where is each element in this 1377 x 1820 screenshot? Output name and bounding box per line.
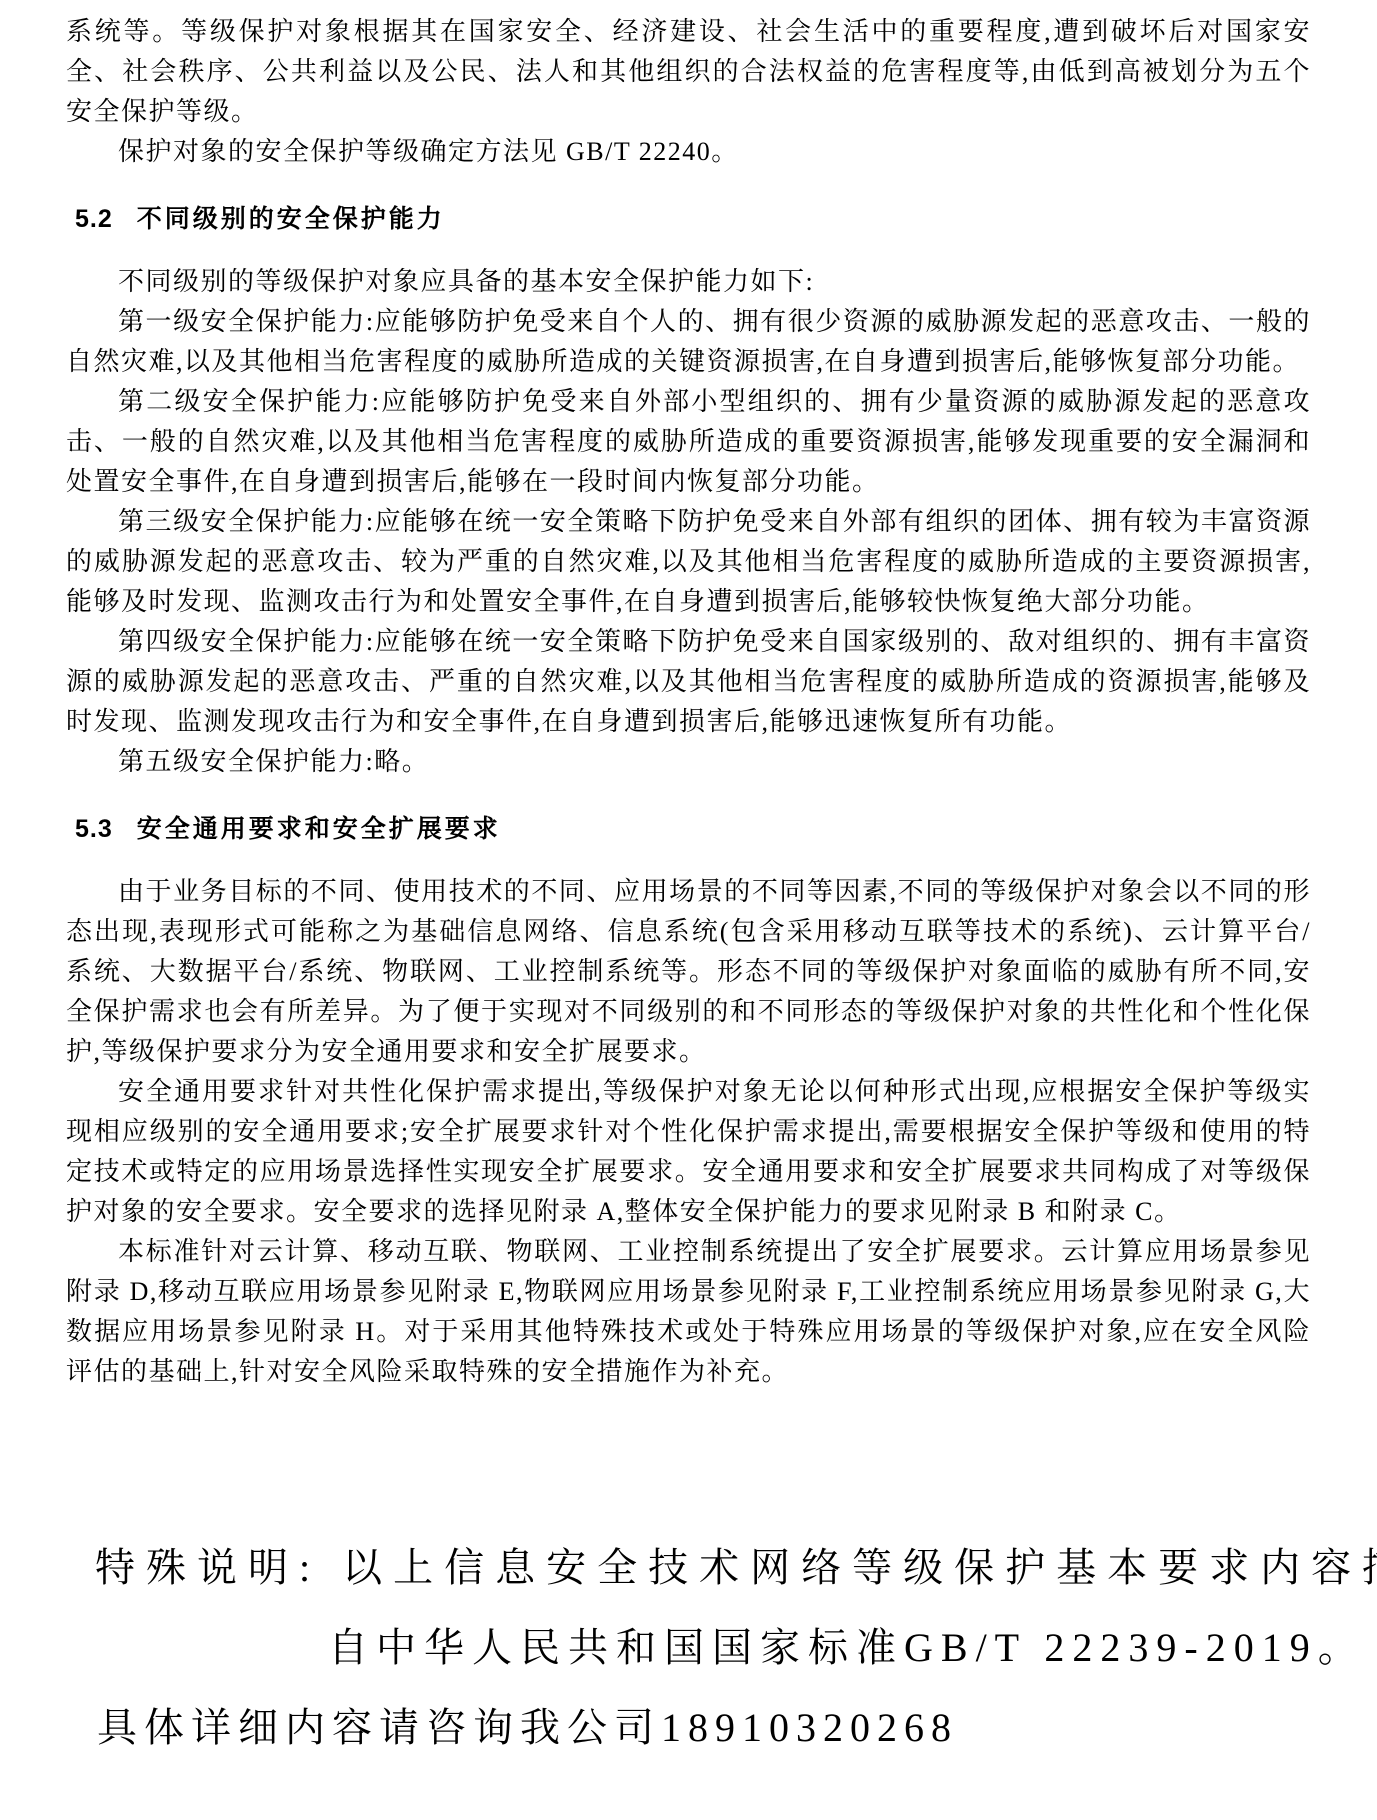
special-note-line-2: 自中华人民共和国国家标准GB/T 22239-2019。 — [328, 1608, 1311, 1688]
section-5-2-paragraph: 第四级安全保护能力:应能够在统一安全策略下防护免受来自国家级别的、敌对组织的、拥… — [66, 622, 1311, 742]
special-note-line-1: 特殊说明: 以上信息安全技术网络等级保护基本要求内容摘 — [95, 1528, 1311, 1608]
section-5-2-heading: 5.2不同级别的安全保护能力 — [75, 204, 1311, 234]
special-note-block: 特殊说明: 以上信息安全技术网络等级保护基本要求内容摘 自中华人民共和国国家标准… — [66, 1528, 1311, 1768]
section-5-2-paragraph: 第五级安全保护能力:略。 — [66, 742, 1311, 782]
section-5-3-title: 安全通用要求和安全扩展要求 — [137, 815, 501, 843]
section-5-3-paragraph: 由于业务目标的不同、使用技术的不同、应用场景的不同等因素,不同的等级保护对象会以… — [66, 872, 1311, 1072]
section-5-2-paragraph: 第三级安全保护能力:应能够在统一安全策略下防护免受来自外部有组织的团体、拥有较为… — [66, 502, 1311, 622]
section-5-2-paragraph: 第二级安全保护能力:应能够防护免受来自外部小型组织的、拥有少量资源的威胁源发起的… — [66, 382, 1311, 502]
section-5-2-title: 不同级别的安全保护能力 — [137, 205, 445, 233]
grade-method-reference-paragraph: 保护对象的安全保护等级确定方法见 GB/T 22240。 — [66, 132, 1311, 172]
section-5-3-number: 5.3 — [75, 815, 113, 843]
section-5-3-paragraph: 本标准针对云计算、移动互联、物联网、工业控制系统提出了安全扩展要求。云计算应用场… — [66, 1232, 1311, 1392]
section-5-2-paragraph: 第一级安全保护能力:应能够防护免受来自个人的、拥有很少资源的威胁源发起的恶意攻击… — [66, 302, 1311, 382]
intro-continuation-paragraph: 系统等。等级保护对象根据其在国家安全、经济建设、社会生活中的重要程度,遭到破坏后… — [66, 12, 1311, 132]
section-5-3-heading: 5.3安全通用要求和安全扩展要求 — [75, 814, 1311, 844]
special-note-contact-line: 具体详细内容请咨询我公司18910320268 — [97, 1688, 1311, 1768]
document-body: 系统等。等级保护对象根据其在国家安全、经济建设、社会生活中的重要程度,遭到破坏后… — [0, 0, 1377, 1768]
section-5-3-paragraph: 安全通用要求针对共性化保护需求提出,等级保护对象无论以何种形式出现,应根据安全保… — [66, 1072, 1311, 1232]
document-page: 系统等。等级保护对象根据其在国家安全、经济建设、社会生活中的重要程度,遭到破坏后… — [0, 0, 1377, 1820]
section-5-2-paragraph: 不同级别的等级保护对象应具备的基本安全保护能力如下: — [66, 262, 1311, 302]
section-5-2-number: 5.2 — [75, 205, 113, 233]
